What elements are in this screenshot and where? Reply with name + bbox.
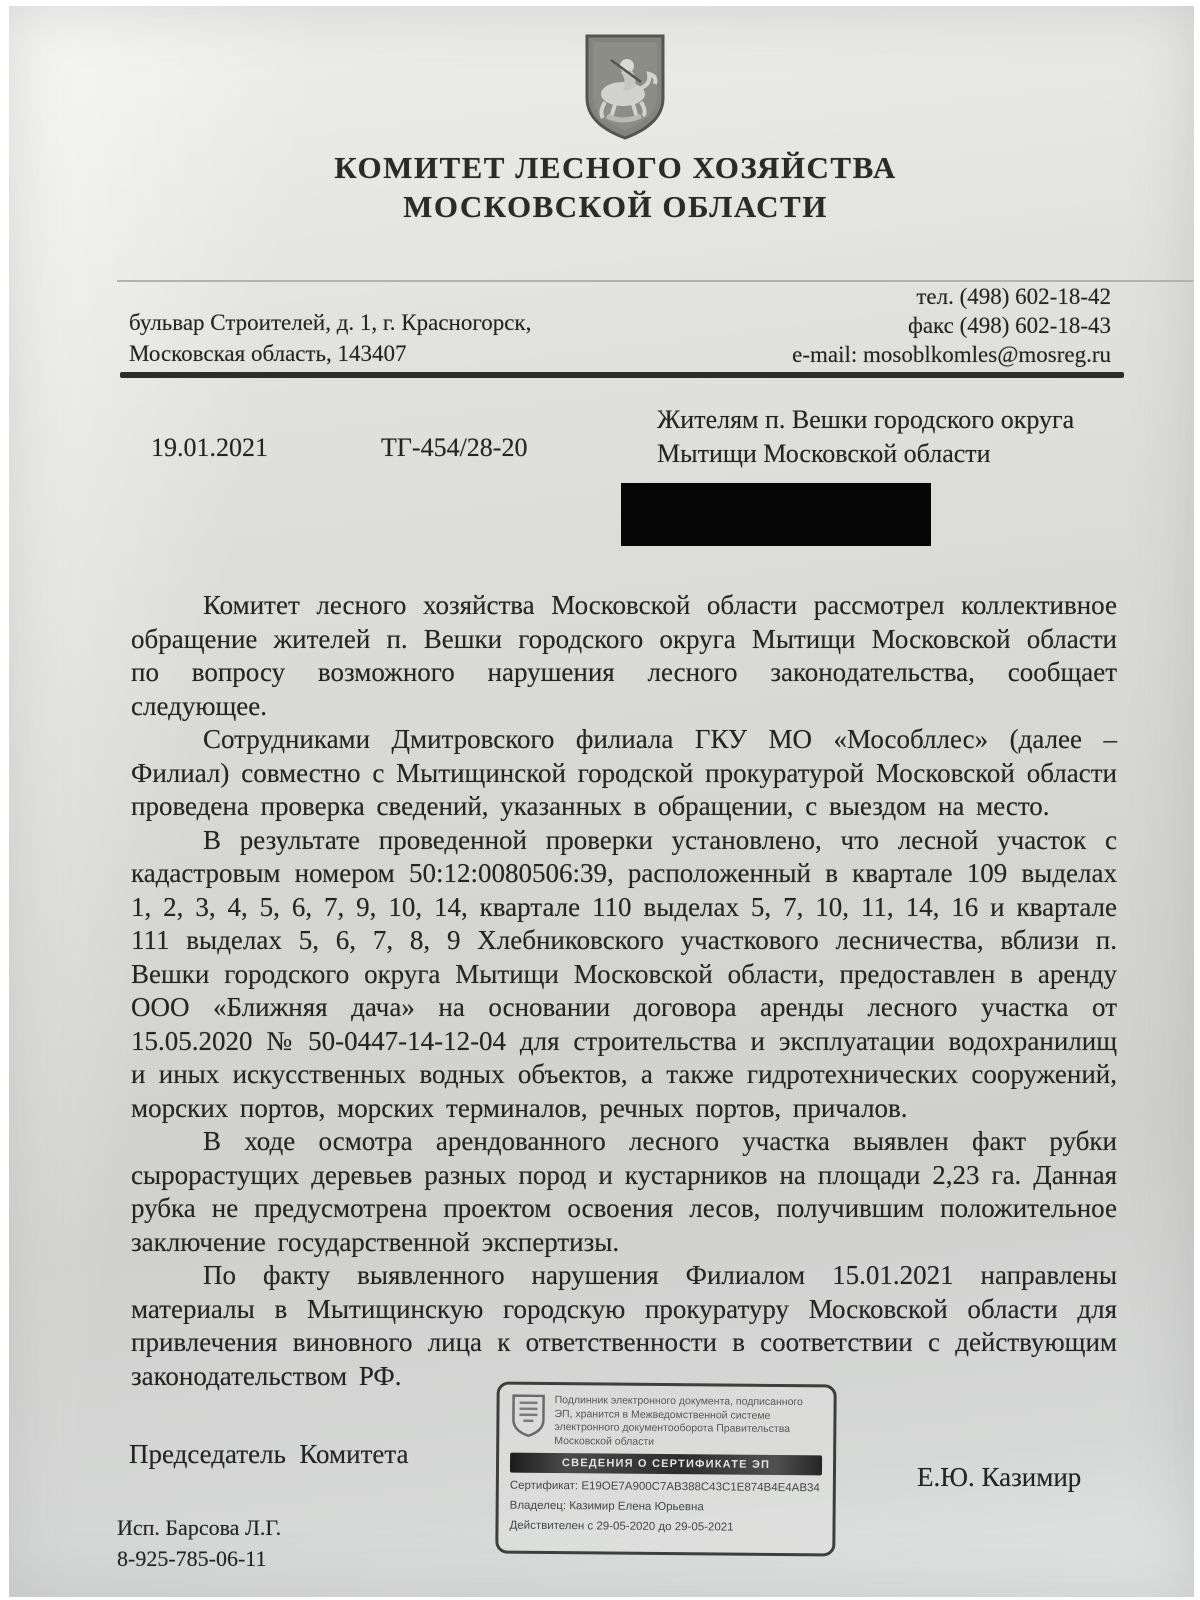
addressee-line2: Мытищи Московской области: [657, 437, 1074, 471]
stamp-owner: Владелец: Казимир Елена Юрьевна: [510, 1499, 822, 1516]
stamp-header-text: Подлинник электронного документа, подпис…: [554, 1394, 822, 1450]
scanned-letter-screenshot: КОМИТЕТ ЛЕСНОГО ХОЗЯЙСТВА МОСКОВСКОЙ ОБЛ…: [0, 0, 1200, 1600]
paragraph-5: По факту выявленного нарушения Филиалом …: [131, 1259, 1117, 1393]
redacted-text-box: [621, 483, 931, 546]
paragraph-3: В результате проведенной проверки устано…: [131, 824, 1117, 1126]
org-address-line2: Московская область, 143407: [129, 338, 531, 369]
e-signature-stamp: Подлинник электронного документа, подпис…: [495, 1382, 836, 1557]
org-phone: тел. (498) 602-18-42: [609, 282, 1111, 311]
letter-body: Комитет лесного хозяйства Московской обл…: [131, 589, 1117, 1393]
stamp-emblem-icon: [510, 1394, 546, 1438]
stamp-validity: Действителен с 29-05-2020 до 29-05-2021: [509, 1519, 821, 1536]
signer-name: Е.Ю. Казимир: [917, 1462, 1081, 1493]
org-address-line1: бульвар Строителей, д. 1, г. Красногорск…: [129, 307, 531, 338]
stamp-header-row: Подлинник электронного документа, подпис…: [510, 1394, 822, 1451]
org-title: КОМИТЕТ ЛЕСНОГО ХОЗЯЙСТВА МОСКОВСКОЙ ОБЛ…: [23, 148, 1200, 226]
stamp-certificate-bar: СВЕДЕНИЯ О СЕРТИФИКАТЕ ЭП: [510, 1453, 822, 1476]
org-contacts: тел. (498) 602-18-42 факс (498) 602-18-4…: [609, 282, 1111, 369]
signer-position: Председатель Комитета: [129, 1439, 408, 1470]
letter-page: КОМИТЕТ ЛЕСНОГО ХОЗЯЙСТВА МОСКОВСКОЙ ОБЛ…: [9, 6, 1194, 1597]
org-address: бульвар Строителей, д. 1, г. Красногорск…: [129, 307, 531, 369]
org-title-line2: МОСКОВСКОЙ ОБЛАСТИ: [23, 187, 1200, 226]
paragraph-2: Сотрудниками Дмитровского филиала ГКУ МО…: [131, 723, 1117, 824]
org-title-line1: КОМИТЕТ ЛЕСНОГО ХОЗЯЙСТВА: [23, 148, 1200, 187]
executor-name: Исп. Барсова Л.Г.: [117, 1512, 281, 1543]
org-email: e-mail: mosoblkomles@mosreg.ru: [609, 340, 1111, 369]
document-date: 19.01.2021: [151, 433, 268, 463]
addressee-block: Жителям п. Вешки городского округа Мытищ…: [657, 403, 1074, 471]
paragraph-1: Комитет лесного хозяйства Московской обл…: [131, 589, 1117, 723]
document-ref-number: ТГ-454/28-20: [381, 433, 527, 463]
addressee-line1: Жителям п. Вешки городского округа: [657, 403, 1074, 437]
org-fax: факс (498) 602-18-43: [609, 311, 1111, 340]
executor-block: Исп. Барсова Л.Г. 8-925-785-06-11: [117, 1512, 281, 1574]
paragraph-4: В ходе осмотра арендованного лесного уча…: [131, 1125, 1117, 1259]
header-thick-rule: [120, 372, 1124, 378]
executor-phone: 8-925-785-06-11: [117, 1543, 281, 1574]
coat-of-arms-icon: [581, 32, 669, 142]
stamp-certificate-number: Сертификат: Е19ОЕ7А900С7АВ388С43С1Е874В4…: [510, 1479, 822, 1496]
